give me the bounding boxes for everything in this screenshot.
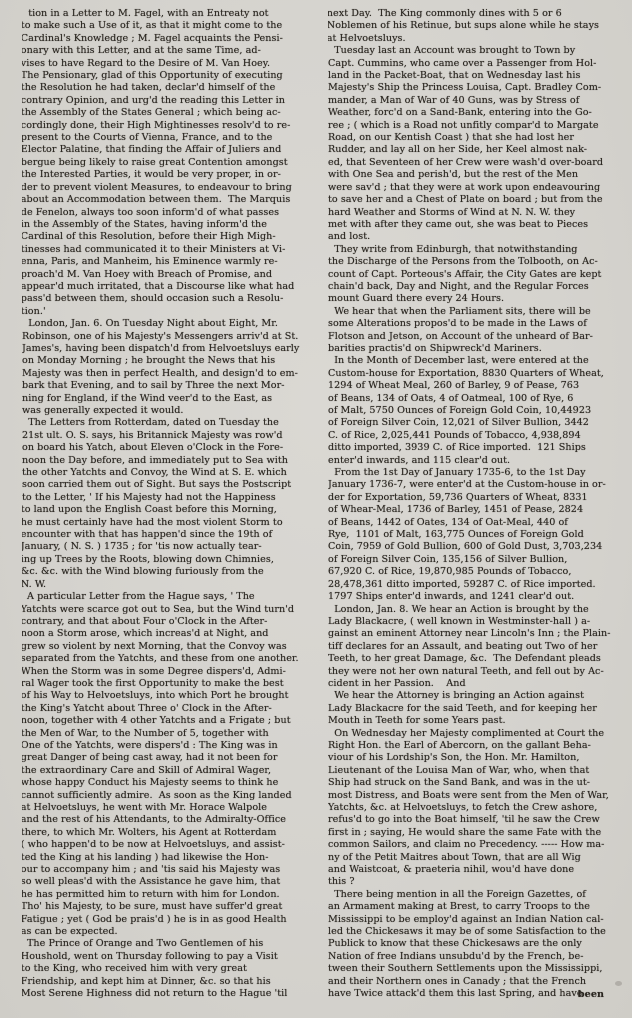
right-column: ' next Day. The King commonly dines with… (328, 8, 624, 1001)
text-line: There being mention in all the Foreign G… (328, 889, 624, 901)
text-line: refus'd to go into the Boat himself, 'ti… (328, 814, 624, 826)
text-line: 1797 Ships enter'd inwards, and 1241 cle… (328, 591, 624, 603)
text-line: Flotson and Jetson, on Account of the un… (328, 331, 624, 343)
text-line: ' at Helvoetsluys, he went with Mr. Hora… (22, 802, 318, 814)
text-line: ' Yatchts were scarce got out to Sea, bu… (22, 604, 318, 616)
text-line: Custom-house for Exportation, 8830 Quart… (328, 368, 624, 380)
text-line: ' the Assembly of the States General ; w… (22, 107, 318, 119)
text-line: ' he must certainly have had the most vi… (22, 517, 318, 529)
text-line: ' to make such a Use of it, as that it m… (22, 20, 318, 32)
text-line: mount Guard there every 24 Hours. (328, 293, 624, 305)
text-line: Rye, 1101 of Malt, 163,775 Ounces of For… (328, 529, 624, 541)
text-line: ' ted the King at his landing ) had like… (22, 852, 318, 864)
text-line: noon the Day before, and immediately put… (22, 455, 318, 467)
text-line: was generally expected it would. (22, 405, 318, 417)
text-line: Right Hon. the Earl of Abercorn, on the … (328, 740, 624, 752)
text-line: land in the Packet-Boat, that on Wednesd… (328, 70, 624, 82)
text-line: ' vises to have Regard to the Desire of … (22, 58, 318, 70)
text-line: count of Capt. Porteous's Affair, the Ci… (328, 269, 624, 281)
text-line: London, Jan. 6. On Tuesday Night about E… (22, 318, 318, 330)
text-line: ' to land upon the English Coast before … (22, 504, 318, 516)
text-line: first in ; saying, He would share the sa… (328, 827, 624, 839)
text-line: ' great Danger of being cast away, had i… (22, 752, 318, 764)
text-line: ' at Helvoetsluys. (328, 33, 624, 45)
text-line: ' present to the Courts of Vienna, Franc… (22, 132, 318, 144)
text-line: They write from Edinburgh, that notwiths… (328, 244, 624, 256)
text-line: Mouth in Teeth for some Years past. (328, 715, 624, 727)
text-line: ' the King's Yatcht about Three o' Clock… (22, 703, 318, 715)
text-line: Nation of free Indians unsubdu'd by the … (328, 951, 624, 963)
text-line: Ship had struck on the Sand Bank, and wa… (328, 777, 624, 789)
text-line: ' A particular Letter from the Hague say… (22, 591, 318, 603)
text-line: ' ral Wager took the first Opportunity t… (22, 678, 318, 690)
text-line: ed, that Seventeen of her Crew were wash… (328, 157, 624, 169)
text-line: ' the Resolution he had taken, declar'd … (22, 82, 318, 94)
text-line: cident in her Passion. And (328, 678, 624, 690)
text-line: ' contrary Opinion, and urg'd the readin… (22, 95, 318, 107)
text-line: and lost. (328, 231, 624, 243)
text-line: ' our to accompany him ; and 'tis said h… (22, 864, 318, 876)
text-line: Mississippi to be employ'd against an In… (328, 914, 624, 926)
text-line: of Foreign Silver Coin, 135,156 of Silve… (328, 554, 624, 566)
text-line: ' the Men of War, to the Number of 5, to… (22, 728, 318, 740)
newspaper-page: tion in a Letter to M. Fagel, with an En… (0, 0, 632, 1018)
text-line: ' he has permitted him to return with hi… (22, 889, 318, 901)
text-line: ditto imported, 3939 C. of Rice imported… (328, 442, 624, 454)
text-line: ' appear'd much irritated, that a Discou… (22, 281, 318, 293)
text-line: ' onary with this Letter, and at the sam… (22, 45, 318, 57)
text-line: ' and the rest of his Attendants, to the… (22, 814, 318, 826)
text-line: the Discharge of the Persons from the To… (328, 256, 624, 268)
text-line: ' enna, Paris, and Manheim, his Eminence… (22, 256, 318, 268)
text-line: Lady Blackacre, ( well known in Westmins… (328, 616, 624, 628)
text-line: James's, having been dispatch'd from Hel… (22, 343, 318, 355)
text-line: The Letters from Rotterdam, dated on Tue… (22, 417, 318, 429)
text-line: gainst an eminent Attorney near Lincoln'… (328, 628, 624, 640)
text-line: ' der to prevent violent Measures, to en… (22, 182, 318, 194)
text-line: ' the Interested Parties, it would be ve… (22, 169, 318, 181)
text-line: ' there, to which Mr. Wolters, his Agent… (22, 827, 318, 839)
text-line: Lieutenant of the Louisa Man of War, who… (328, 765, 624, 777)
text-line: We hear that when the Parliament sits, t… (328, 306, 624, 318)
text-line: ' ( who happen'd to be now at Helvoetslu… (22, 839, 318, 851)
text-line: ' encounter with that has happen'd since… (22, 529, 318, 541)
text-line: chain'd back, Day and Night, and the Reg… (328, 281, 624, 293)
text-line: Road, on our Kentish Coast ) that she ha… (328, 132, 624, 144)
text-line: Teeth, to her great Damage, &c. The Defe… (328, 653, 624, 665)
text-line: ' The Pensionary, glad of this Opportuni… (22, 70, 318, 82)
text-line: Tuesday last an Account was brought to T… (328, 45, 624, 57)
text-line: enter'd inwards, and 115 clear'd out. (328, 455, 624, 467)
text-line: ' When the Storm was in some Degree disp… (22, 666, 318, 678)
text-line: some Alterations propos'd to be made in … (328, 318, 624, 330)
text-line: Lady Blackacre for the said Teeth, and f… (328, 703, 624, 715)
text-line: ' cannot sufficiently admire. As soon as… (22, 790, 318, 802)
text-line: ' so well pleas'd with the Assistance he… (22, 876, 318, 888)
text-line: ' next Day. The King commonly dines with… (328, 8, 624, 20)
text-line: 21st ult. O. S. says, his Britannick Maj… (22, 430, 318, 442)
left-column: tion in a Letter to M. Fagel, with an En… (22, 8, 318, 1001)
text-line: ' One of the Yatchts, were dispers'd : T… (22, 740, 318, 752)
text-line: ning for England, if the Wind veer'd to … (22, 393, 318, 405)
text-line: ' about an Accommodation between them. T… (22, 194, 318, 206)
text-line: ' tinesses had communicated it to their … (22, 244, 318, 256)
text-line: of Foreign Silver Coin, 12,021 of Silver… (328, 417, 624, 429)
text-line: the other Yatchts and Convoy, the Wind a… (22, 467, 318, 479)
text-line: ' Elector Palatine, that finding the Aff… (22, 144, 318, 156)
text-line: ' ing up Trees by the Roots, blowing dow… (22, 554, 318, 566)
text-line: met with after they came out, she was be… (328, 219, 624, 231)
text-line: common Sailors, and claim no Precedency.… (328, 839, 624, 851)
text-line: were sav'd ; that they were at work upon… (328, 182, 624, 194)
text-line: ' &c. &c. with the Wind blowing furiousl… (22, 566, 318, 578)
text-line: Robinson, one of his Majesty's Messenger… (22, 331, 318, 343)
text-line: tiff declares for an Assault, and beatin… (328, 641, 624, 653)
text-line: viour of his Lordship's Son, the Hon. Mr… (328, 752, 624, 764)
text-line: ' Cardinal's Knowledge ; M. Fagel acquai… (22, 33, 318, 45)
text-line: of Whear-Meal, 1736 of Barley, 1451 of P… (328, 504, 624, 516)
text-line: C. of Rice, 2,025,441 Pounds of Tobacco,… (328, 430, 624, 442)
text-line: ny of the Petit Maitres about Town, that… (328, 852, 624, 864)
text-line: on board his Yatch, about Eleven o'Clock… (22, 442, 318, 454)
text-line: ' Most Serene Highness did not return to… (22, 988, 318, 1000)
text-line: ' bergue being likely to raise great Con… (22, 157, 318, 169)
text-line: of Beans, 1442 of Oates, 134 of Oat-Meal… (328, 517, 624, 529)
two-column-text-block: tion in a Letter to M. Fagel, with an En… (0, 0, 632, 1001)
text-line: bark that Evening, and to sail by Three … (22, 380, 318, 392)
text-line: led the Chickesaws it may be of some Sat… (328, 926, 624, 938)
text-line: ' separated from the Yatchts, and these … (22, 653, 318, 665)
text-line: Majesty's Ship the Princess Louisa, Capt… (328, 82, 624, 94)
text-line: ' The Prince of Orange and Two Gentlemen… (22, 938, 318, 950)
text-line: On Wednesday her Majesty complimented at… (328, 728, 624, 740)
text-line: Publick to know that these Chickesaws ar… (328, 938, 624, 950)
text-line: ' Cardinal of this Resolution, before th… (22, 231, 318, 243)
text-line: ' contrary, and that about Four o'Clock … (22, 616, 318, 628)
text-line: ' proach'd M. Van Hoey with Breach of Pr… (22, 269, 318, 281)
text-line: January 1736-7, were enter'd at the Cust… (328, 479, 624, 491)
text-line: ' Friendship, and kept him at Dinner, &c… (22, 976, 318, 988)
text-line: barities practis'd on Shipwreck'd Marine… (328, 343, 624, 355)
text-line: of Malt, 5750 Ounces of Foreign Gold Coi… (328, 405, 624, 417)
text-line: ' cordingly done, their High Mightinesse… (22, 120, 318, 132)
text-line: ' in the Assembly of the States, having … (22, 219, 318, 231)
text-line: ' January, ( N. S. ) 1735 ; for 'tis now… (22, 541, 318, 553)
text-line: on Monday Morning ; he brought the News … (22, 355, 318, 367)
text-line: Rudder, and lay all on her Side, her Kee… (328, 144, 624, 156)
text-line: ' noon, together with 4 other Yatchts an… (22, 715, 318, 727)
text-line: ' noon a Storm arose, which increas'd at… (22, 628, 318, 640)
text-line: 1294 of Wheat Meal, 260 of Barley, 9 of … (328, 380, 624, 392)
text-line: ' Noblemen of his Retinue, but sups alon… (328, 20, 624, 32)
text-line: Yatchts, &c. at Helvoetsluys, to fetch t… (328, 802, 624, 814)
text-line: this ? (328, 876, 624, 888)
text-line: ' pass'd between them, should occasion s… (22, 293, 318, 305)
text-line: ' Fatigue ; yet ( God be prais'd ) he is… (22, 914, 318, 926)
text-line: Majesty was then in perfect Health, and … (22, 368, 318, 380)
text-line: and their Northern ones in Canady ; that… (328, 976, 624, 988)
scan-blemish (615, 981, 622, 986)
text-line: of Beans, 134 of Oats, 4 of Oatmeal, 100… (328, 393, 624, 405)
text-line: In the Month of December last, were ente… (328, 355, 624, 367)
text-line: to save her and a Chest of Plate on boar… (328, 194, 624, 206)
text-line: ' of his Way to Helvoetsluys, into which… (22, 690, 318, 702)
text-line: der for Exportation, 59,736 Quarters of … (328, 492, 624, 504)
text-line: We hear the Attorney is bringing an Acti… (328, 690, 624, 702)
text-line: ' the extraordinary Care and Skill of Ad… (22, 765, 318, 777)
text-line: ' grew so violent by next Morning, that … (22, 641, 318, 653)
text-line: From the 1st Day of January 1735-6, to t… (328, 467, 624, 479)
text-line: an Armament making at Brest, to carry Tr… (328, 901, 624, 913)
text-line: they were not her own natural Teeth, and… (328, 666, 624, 678)
text-line: ' de Fenelon, always too soon inform'd o… (22, 207, 318, 219)
text-line: Weather, forc'd on a Sand-Bank, entering… (328, 107, 624, 119)
text-line: Coin, 7959 of Gold Bullion, 600 of Gold … (328, 541, 624, 553)
text-line: ' Tho' his Majesty, to be sure, must hav… (22, 901, 318, 913)
text-line: London, Jan. 8. We hear an Action is bro… (328, 604, 624, 616)
text-line: ' as can be expected. (22, 926, 318, 938)
catchword: been (578, 989, 604, 1000)
text-line: ree ; ( which is a Road not unfitly comp… (328, 120, 624, 132)
text-line: ' Houshold, went on Thursday following t… (22, 951, 318, 963)
text-line: Capt. Cummins, who came over a Passenger… (328, 58, 624, 70)
text-line: ' to the King, who received him with ver… (22, 963, 318, 975)
text-line: ' tion.' (22, 306, 318, 318)
text-line: ' whose happy Conduct his Majesty seems … (22, 777, 318, 789)
text-line: to the Letter, ' If his Majesty had not … (22, 492, 318, 504)
text-line: and Waistcoat, & praeteria nihil, wou'd … (328, 864, 624, 876)
text-line: most Distress, and Boats were sent from … (328, 790, 624, 802)
text-line: hard Weather and Storms of Wind at N. N.… (328, 207, 624, 219)
text-line: tween their Southern Settlements upon th… (328, 963, 624, 975)
text-line: 28,478,361 ditto imported, 59287 C. of R… (328, 579, 624, 591)
text-line: mander, a Man of War of 40 Guns, was by … (328, 95, 624, 107)
text-line: 67,920 C. of Rice, 19,870,985 Pounds of … (328, 566, 624, 578)
text-line: soon carried them out of Sight. But says… (22, 479, 318, 491)
text-line: tion in a Letter to M. Fagel, with an En… (22, 8, 318, 20)
text-line: ' N. W. (22, 579, 318, 591)
text-line: with One Sea and perish'd, but the rest … (328, 169, 624, 181)
